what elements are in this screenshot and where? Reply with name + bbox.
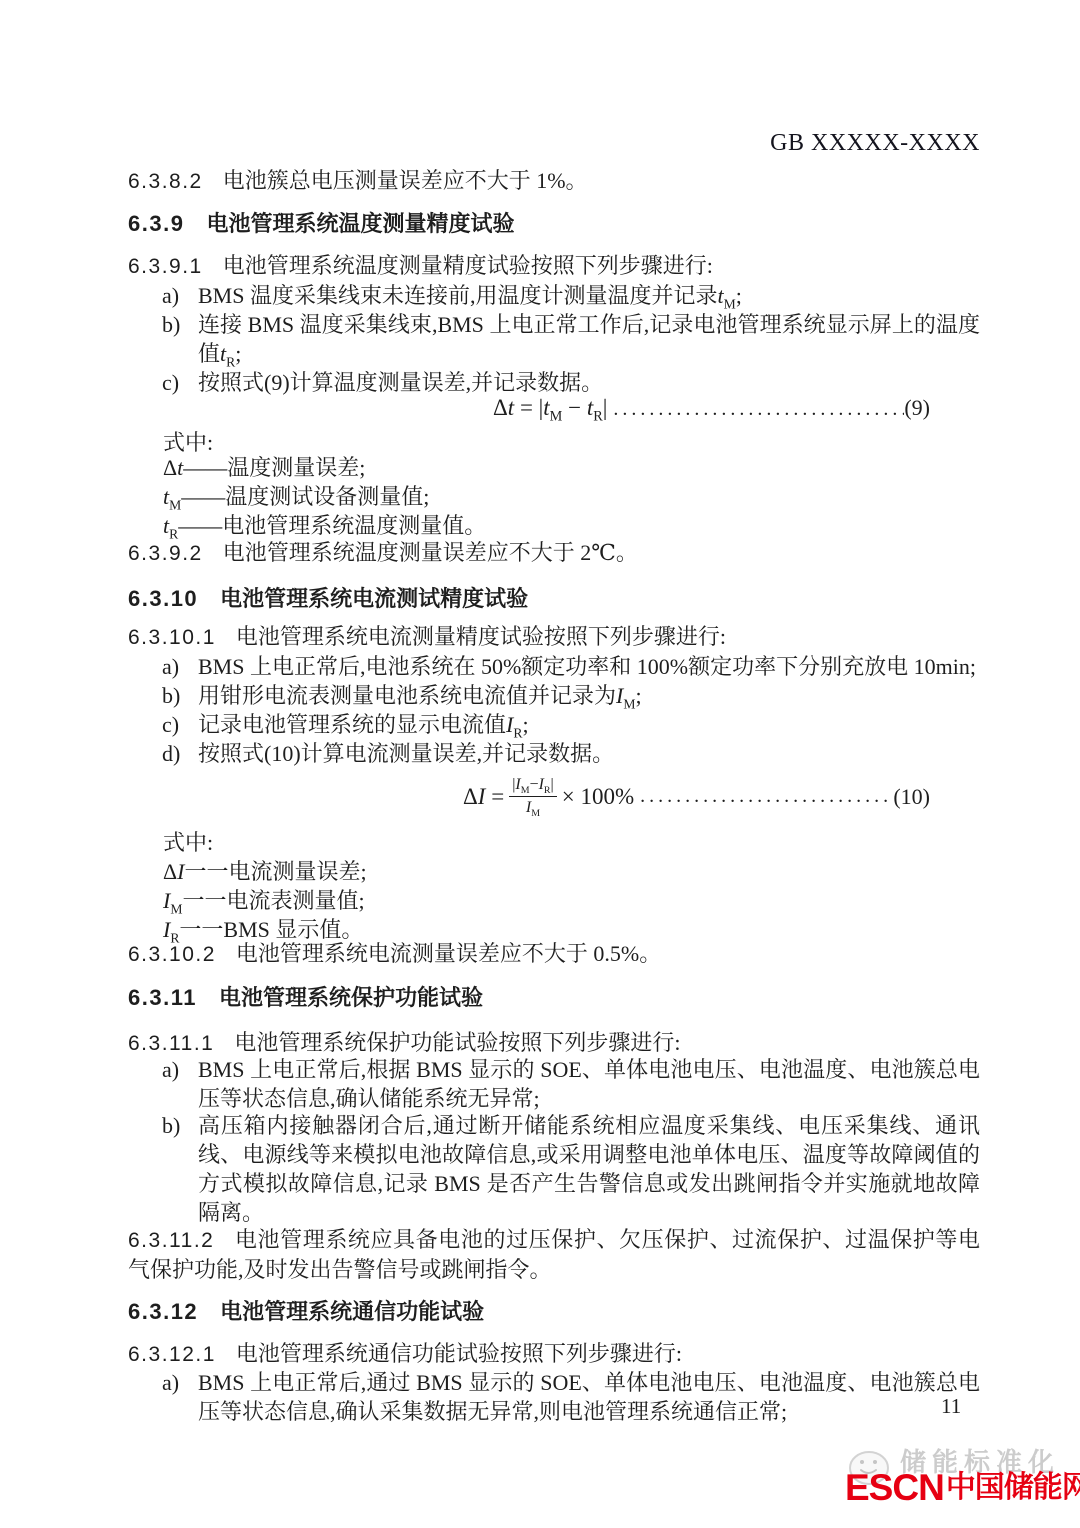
escn-logo-chinese: 中国储能网 — [946, 1473, 1080, 1503]
clause-number: 6.3.12.1 — [128, 1343, 216, 1366]
symbol-definition: tR——电池管理系统温度测量值。 — [163, 511, 980, 540]
formula-expression: Δt = |tM − tR| — [493, 393, 607, 422]
clause-text: 电池管理系统电流测量误差应不大于 0.5%。 — [236, 941, 661, 966]
clause-text: 电池管理系统通信功能试验按照下列步骤进行: — [236, 1341, 682, 1366]
list-item-a: a) BMS 温度采集线束未连接前,用温度计测量温度并记录tM; — [128, 281, 980, 310]
heading-number: 6.3.12 — [128, 1299, 198, 1324]
section-heading-6-3-11: 6.3.11电池管理系统保护功能试验 — [128, 983, 980, 1012]
heading-title: 电池管理系统电流测试精度试验 — [220, 586, 528, 611]
clause-text: 电池簇总电压测量误差应不大于 1%。 — [223, 168, 588, 193]
clause-6-3-10-2: 6.3.10.2电池管理系统电流测量误差应不大于 0.5%。 — [128, 939, 980, 969]
formula-lhs: ΔI = — [463, 782, 504, 811]
equation-number: (10) — [893, 782, 930, 811]
page-number: 11 — [941, 1392, 961, 1421]
list-marker: a) — [162, 652, 179, 681]
clause-6-3-10-1: 6.3.10.1电池管理系统电流测量精度试验按照下列步骤进行: — [128, 622, 980, 652]
list-text: 连接 BMS 温度采集线束,BMS 上电正常工作后,记录电池管理系统显示屏上的温… — [198, 312, 980, 366]
list-text: BMS 上电正常后,电池系统在 50%额定功率和 100%额定功率下分别充放电 … — [198, 654, 976, 679]
formula-expression: ΔI = |IM−IR| IM × 100% — [463, 775, 634, 816]
clause-text: 电池管理系统温度测量误差应不大于 2℃。 — [223, 540, 638, 565]
list-text: BMS 温度采集线束未连接前,用温度计测量温度并记录tM; — [198, 283, 742, 308]
clause-6-3-8-2: 6.3.8.2电池簇总电压测量误差应不大于 1%。 — [128, 166, 980, 196]
standard-number: GB XXXXX-XXXX — [128, 129, 980, 158]
heading-number: 6.3.9 — [128, 211, 184, 236]
formula-10: ΔI = |IM−IR| IM × 100% .................… — [128, 771, 980, 821]
document-content: GB XXXXX-XXXX 6.3.8.2电池簇总电压测量误差应不大于 1%。 … — [0, 129, 1080, 1426]
list-marker: d) — [162, 739, 180, 768]
equation-number: (9) — [904, 393, 930, 422]
fraction: |IM−IR| IM — [509, 775, 557, 816]
dot-leader: ........................................… — [607, 395, 904, 424]
clause-text: 电池管理系统电流测量精度试验按照下列步骤进行: — [236, 624, 726, 649]
list-marker: a) — [162, 1368, 179, 1397]
escn-logo: ESCN 中国储能网 — [845, 1469, 1080, 1506]
clause-text: 电池管理系统应具备电池的过压保护、欠压保护、过流保护、过温保护等电气保护功能,及… — [128, 1227, 980, 1282]
symbol-definition: ΔI一一电流测量误差; — [163, 857, 980, 886]
clause-6-3-9-2: 6.3.9.2电池管理系统温度测量误差应不大于 2℃。 — [128, 538, 980, 568]
clause-6-3-9-1: 6.3.9.1电池管理系统温度测量精度试验按照下列步骤进行: — [128, 251, 980, 281]
list-marker: b) — [162, 310, 180, 339]
list-marker: b) — [162, 681, 180, 710]
list-item-c: c) 记录电池管理系统的显示电流值IR; — [128, 710, 980, 739]
escn-logo-latin: ESCN — [845, 1469, 944, 1506]
fraction-numerator: |IM−IR| — [509, 775, 557, 796]
dot-leader: ........................................… — [634, 782, 893, 811]
clause-6-3-11-1: 6.3.11.1电池管理系统保护功能试验按照下列步骤进行: — [128, 1028, 980, 1058]
section-heading-6-3-9: 6.3.9电池管理系统温度测量精度试验 — [128, 209, 980, 238]
list-marker: c) — [162, 710, 179, 739]
list-marker: c) — [162, 368, 179, 397]
list-marker: a) — [162, 1055, 179, 1084]
list-text: 按照式(9)计算温度测量误差,并记录数据。 — [198, 370, 603, 395]
clause-number: 6.3.10.1 — [128, 626, 216, 649]
list-item-c: c) 按照式(9)计算温度测量误差,并记录数据。 — [128, 368, 980, 397]
section-heading-6-3-12: 6.3.12电池管理系统通信功能试验 — [128, 1297, 980, 1326]
clause-number: 6.3.8.2 — [128, 170, 203, 193]
list-text: BMS 上电正常后,通过 BMS 显示的 SOE、单体电池电压、电池温度、电池簇… — [198, 1370, 980, 1424]
list-item-b: b) 高压箱内接触器闭合后,通过断开储能系统相应温度采集线、电压采集线、通讯线、… — [128, 1111, 980, 1227]
list-text: 用钳形电流表测量电池系统电流值并记录为IM; — [198, 683, 642, 708]
symbol-definition: tM——温度测试设备测量值; — [163, 482, 980, 511]
fraction-denominator: IM — [526, 797, 540, 817]
list-text: BMS 上电正常后,根据 BMS 显示的 SOE、单体电池电压、电池温度、电池簇… — [198, 1057, 980, 1111]
list-item-b: b) 连接 BMS 温度采集线束,BMS 上电正常工作后,记录电池管理系统显示屏… — [128, 310, 980, 368]
clause-number: 6.3.9.2 — [128, 542, 203, 565]
symbol-definition: Δt——温度测量误差; — [163, 453, 980, 482]
section-heading-6-3-10: 6.3.10电池管理系统电流测试精度试验 — [128, 584, 980, 613]
heading-number: 6.3.10 — [128, 586, 198, 611]
clause-number: 6.3.11.2 — [128, 1229, 214, 1252]
list-item-a: a) BMS 上电正常后,根据 BMS 显示的 SOE、单体电池电压、电池温度、… — [128, 1055, 980, 1113]
list-item-d: d) 按照式(10)计算电流测量误差,并记录数据。 — [128, 739, 980, 768]
list-text: 按照式(10)计算电流测量误差,并记录数据。 — [198, 741, 614, 766]
clause-6-3-11-2: 6.3.11.2电池管理系统应具备电池的过压保护、欠压保护、过流保护、过温保护等… — [128, 1225, 980, 1284]
formula-rhs: × 100% — [562, 782, 634, 811]
clause-number: 6.3.10.2 — [128, 943, 216, 966]
heading-title: 电池管理系统保护功能试验 — [219, 985, 483, 1010]
clause-6-3-12-1: 6.3.12.1电池管理系统通信功能试验按照下列步骤进行: — [128, 1339, 980, 1369]
list-text: 高压箱内接触器闭合后,通过断开储能系统相应温度采集线、电压采集线、通讯线、电源线… — [198, 1113, 980, 1225]
list-item-b: b) 用钳形电流表测量电池系统电流值并记录为IM; — [128, 681, 980, 710]
heading-title: 电池管理系统通信功能试验 — [220, 1299, 484, 1324]
clause-number: 6.3.9.1 — [128, 255, 203, 278]
list-item-a: a) BMS 上电正常后,通过 BMS 显示的 SOE、单体电池电压、电池温度、… — [128, 1368, 980, 1426]
list-item-a: a) BMS 上电正常后,电池系统在 50%额定功率和 100%额定功率下分别充… — [128, 652, 980, 681]
document-page: GB XXXXX-XXXX 6.3.8.2电池簇总电压测量误差应不大于 1%。 … — [0, 0, 1080, 1528]
where-label: 式中: — [163, 828, 980, 857]
clause-number: 6.3.11.1 — [128, 1032, 214, 1055]
list-text: 记录电池管理系统的显示电流值IR; — [198, 712, 529, 737]
list-marker: a) — [162, 281, 179, 310]
clause-text: 电池管理系统温度测量精度试验按照下列步骤进行: — [223, 253, 713, 278]
symbol-definition: IM一一电流表测量值; — [163, 886, 980, 915]
list-marker: b) — [162, 1111, 180, 1140]
heading-title: 电池管理系统温度测量精度试验 — [206, 211, 514, 236]
formula-9: Δt = |tM − tR| .........................… — [128, 393, 980, 424]
heading-number: 6.3.11 — [128, 985, 197, 1010]
clause-text: 电池管理系统保护功能试验按照下列步骤进行: — [234, 1030, 680, 1055]
